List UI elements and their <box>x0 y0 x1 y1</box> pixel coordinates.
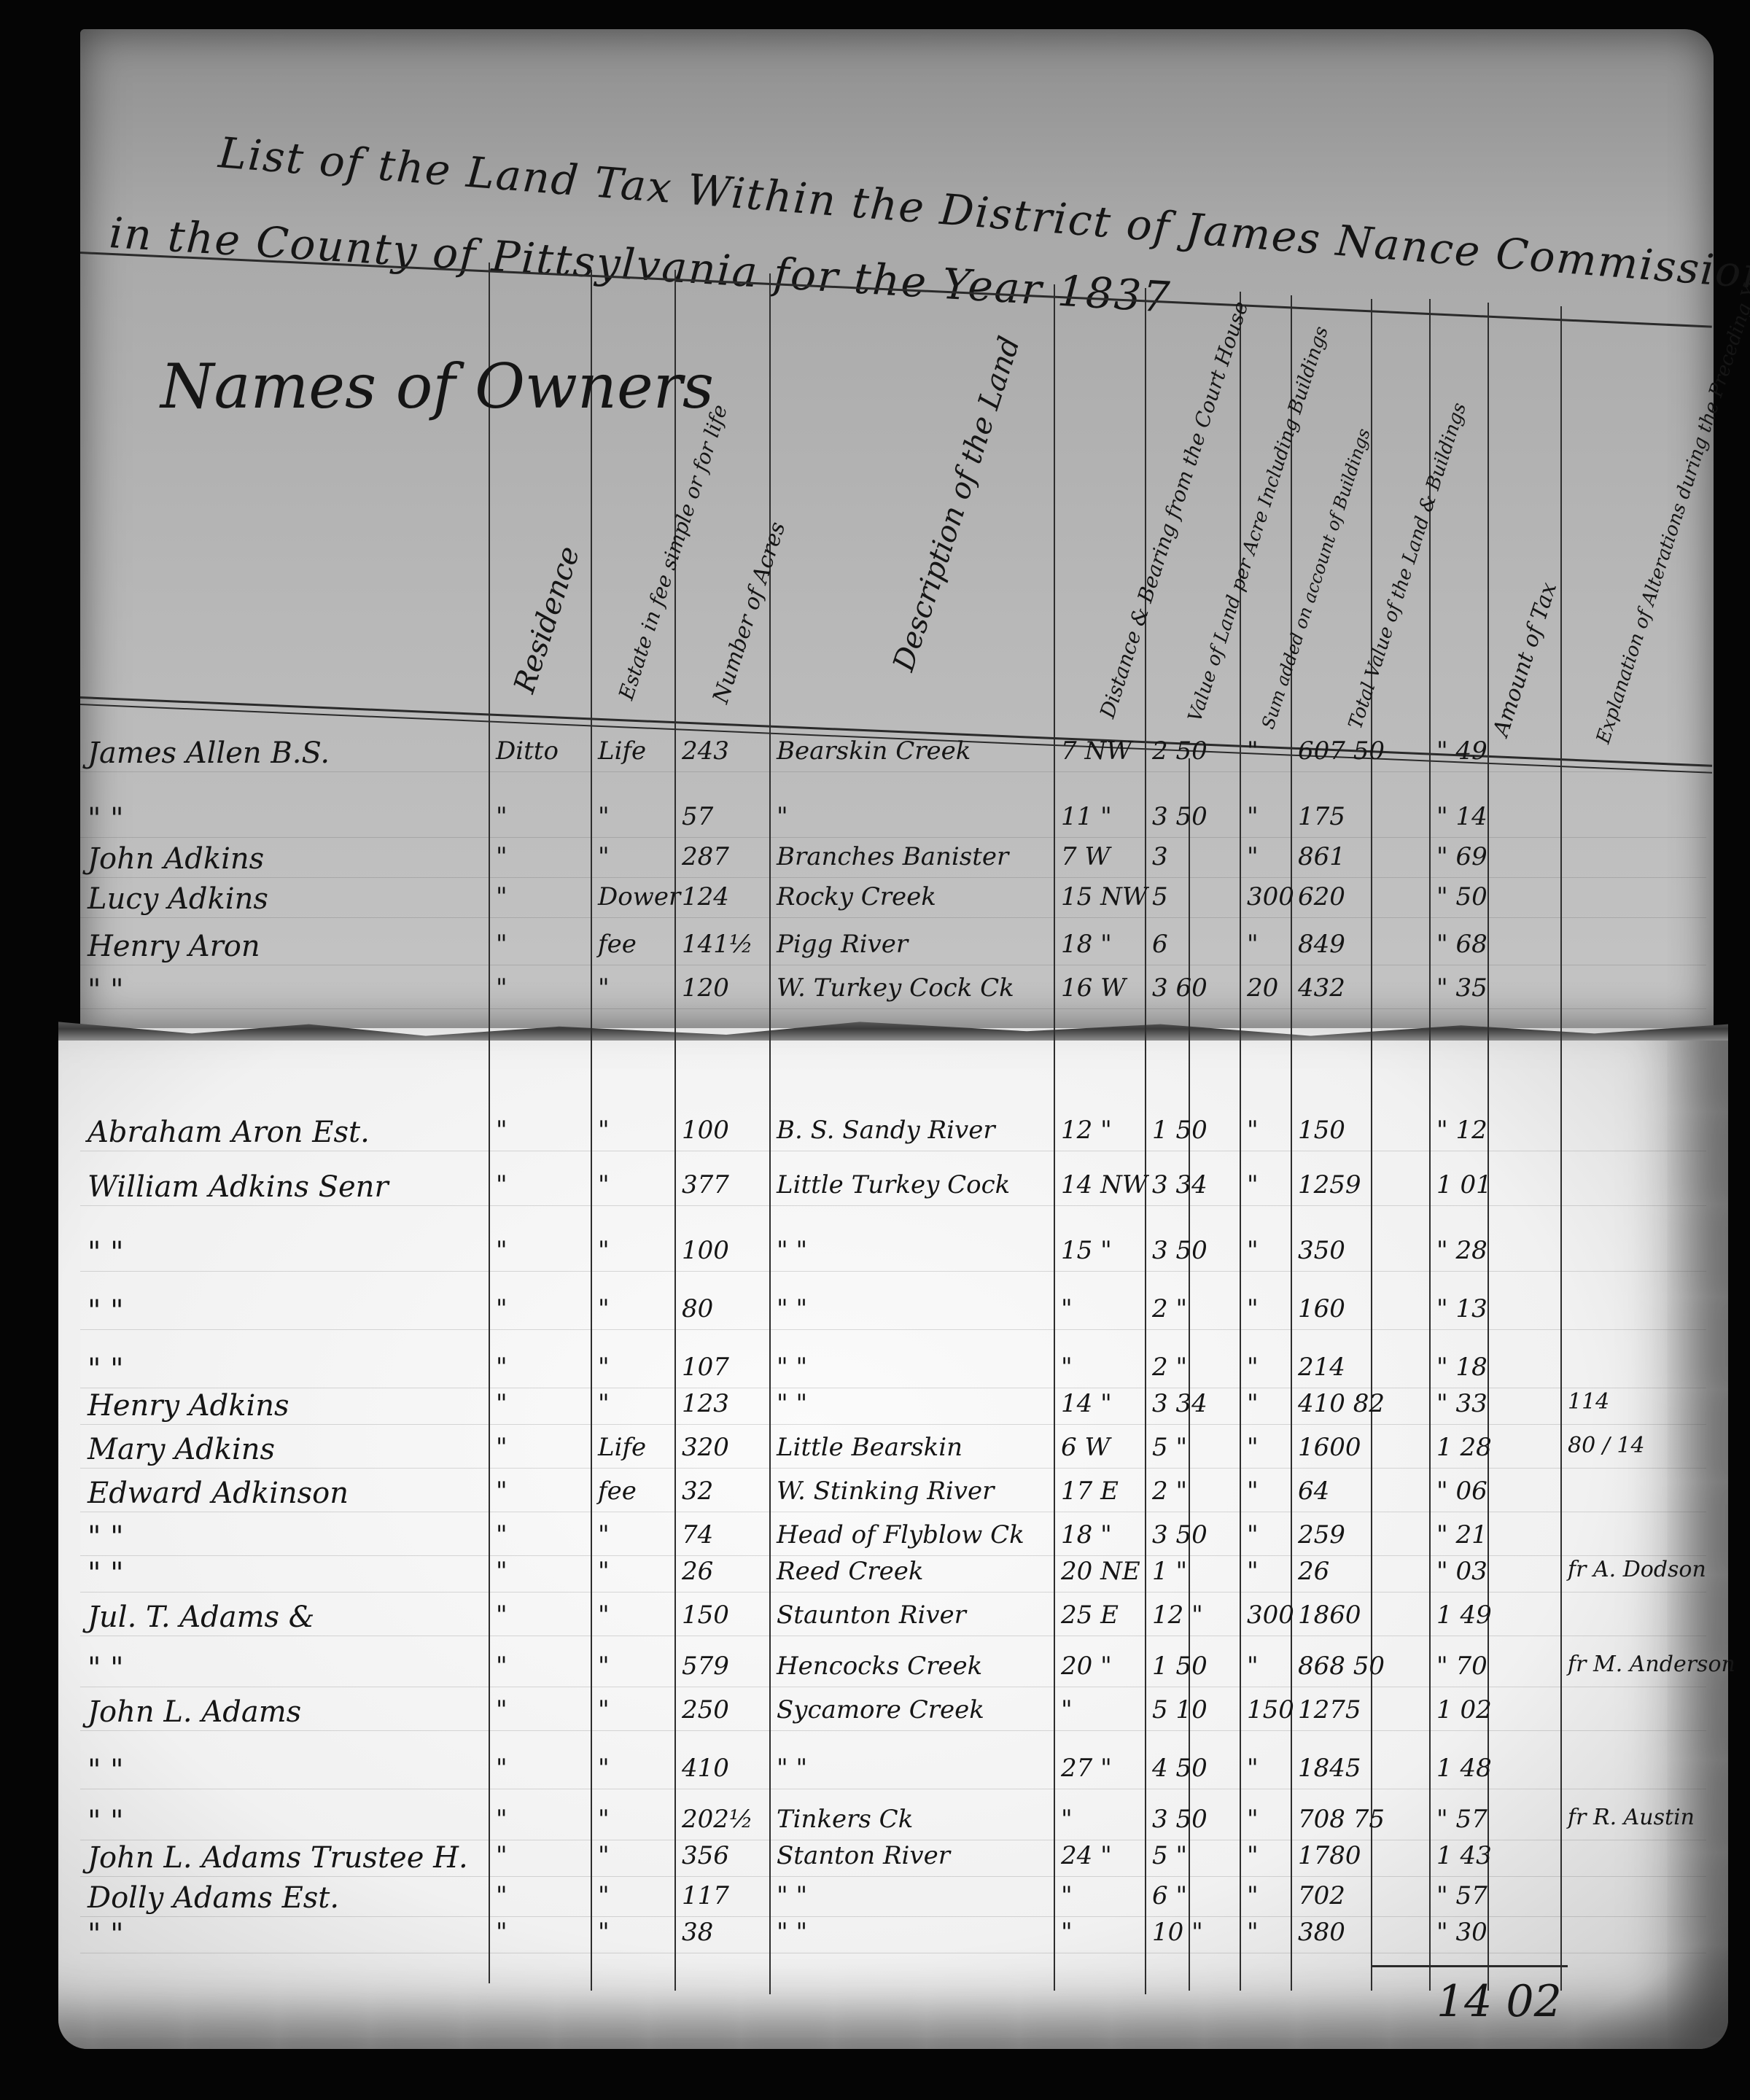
cell-estate: Dower <box>598 882 680 911</box>
cell-tax: 1 28 <box>1436 1433 1492 1462</box>
cell-name: Dolly Adams Est. <box>87 1881 339 1915</box>
cell-acres: 100 <box>682 1116 729 1145</box>
cell-total-value: 702 <box>1298 1881 1345 1910</box>
cell-tax: " 13 <box>1436 1294 1487 1323</box>
row-rule <box>80 1592 1706 1592</box>
cell-tax: " 70 <box>1436 1652 1487 1681</box>
cell-total-value: 64 <box>1298 1477 1329 1506</box>
cell-tax: " 57 <box>1436 1805 1487 1834</box>
cell-name: " " <box>87 1520 124 1554</box>
cell-total-value: 1780 <box>1298 1841 1361 1870</box>
cell-acres: 74 <box>682 1520 713 1549</box>
cell-residence: " <box>496 1881 507 1910</box>
row-rule <box>80 1789 1706 1789</box>
cell-residence: " <box>496 1601 507 1630</box>
cell-tax: 1 48 <box>1436 1754 1492 1783</box>
cell-acres: 202½ <box>682 1805 753 1834</box>
cell-acres: 38 <box>682 1918 713 1947</box>
cell-name: William Adkins Senr <box>87 1170 389 1204</box>
cell-residence: " <box>496 973 507 1003</box>
cell-acres: 243 <box>682 736 729 766</box>
cell-acres: 141½ <box>682 930 753 959</box>
cell-acres: 150 <box>682 1601 729 1630</box>
cell-residence: " <box>496 1918 507 1947</box>
cell-acres: 250 <box>682 1695 729 1724</box>
cell-value-per-acre: 12 " <box>1152 1601 1203 1630</box>
cell-estate: " <box>598 1353 610 1382</box>
cell-description: Sycamore Creek <box>777 1695 984 1724</box>
cell-tax: " 35 <box>1436 973 1487 1003</box>
cell-acres: 32 <box>682 1477 713 1506</box>
cell-buildings: " <box>1247 1520 1259 1549</box>
cell-explanation: 114 <box>1568 1389 1609 1415</box>
cell-total-value: 160 <box>1298 1294 1345 1323</box>
cell-description: Rocky Creek <box>777 882 936 911</box>
cell-buildings: " <box>1247 1116 1259 1145</box>
cell-name: John Adkins <box>87 842 264 876</box>
cell-name: " " <box>87 1754 124 1787</box>
cell-value-per-acre: 1 50 <box>1152 1652 1207 1681</box>
column-divider <box>1560 306 1562 1991</box>
cell-total-value: 1259 <box>1298 1170 1361 1199</box>
cell-acres: 100 <box>682 1236 729 1265</box>
cell-acres: 117 <box>682 1881 729 1910</box>
cell-distance: " <box>1061 1918 1073 1947</box>
cell-description: W. Turkey Cock Ck <box>777 973 1014 1003</box>
cell-name: " " <box>87 1557 124 1590</box>
cell-buildings: " <box>1247 1477 1259 1506</box>
cell-tax: " 50 <box>1436 882 1487 911</box>
cell-tax: " 30 <box>1436 1918 1487 1947</box>
cell-estate: fee <box>598 930 637 959</box>
cell-distance: " <box>1061 1294 1073 1323</box>
cell-acres: 120 <box>682 973 729 1003</box>
cell-buildings: 300 <box>1247 1601 1294 1630</box>
cell-value-per-acre: 4 50 <box>1152 1754 1207 1783</box>
cell-distance: 7 W <box>1061 842 1110 871</box>
cell-name: " " <box>87 1918 124 1951</box>
row-rule <box>80 1468 1706 1469</box>
cell-total-value: 607 50 <box>1298 736 1385 766</box>
page-total: 14 02 <box>1436 1976 1562 2027</box>
cell-total-value: 620 <box>1298 882 1345 911</box>
cell-description: Bearskin Creek <box>777 736 971 766</box>
cell-estate: " <box>598 1557 610 1586</box>
cell-estate: Life <box>598 736 646 766</box>
cell-residence: " <box>496 1520 507 1549</box>
cell-residence: " <box>496 1353 507 1382</box>
cell-total-value: 259 <box>1298 1520 1345 1549</box>
cell-value-per-acre: 5 10 <box>1152 1695 1207 1724</box>
cell-residence: " <box>496 1236 507 1265</box>
cell-estate: " <box>598 1116 610 1145</box>
cell-name: " " <box>87 1294 124 1328</box>
cell-name: " " <box>87 802 124 836</box>
row-rule <box>80 1271 1706 1272</box>
cell-tax: 1 01 <box>1436 1170 1492 1199</box>
cell-value-per-acre: 3 60 <box>1152 973 1207 1003</box>
cell-buildings: " <box>1247 1389 1259 1418</box>
cell-distance: 20 " <box>1061 1652 1112 1681</box>
cell-total-value: 350 <box>1298 1236 1345 1265</box>
cell-residence: " <box>496 842 507 871</box>
cell-buildings: " <box>1247 1557 1259 1586</box>
cell-buildings: " <box>1247 1754 1259 1783</box>
row-rule <box>80 1151 1706 1151</box>
cell-value-per-acre: 2 " <box>1152 1294 1187 1323</box>
cell-acres: 26 <box>682 1557 713 1586</box>
cell-distance: 16 W <box>1061 973 1126 1003</box>
cell-distance: 15 NW <box>1061 882 1148 911</box>
cell-acres: 80 <box>682 1294 713 1323</box>
cell-name: Abraham Aron Est. <box>87 1116 370 1149</box>
cell-distance: 11 " <box>1061 802 1112 831</box>
cell-name: " " <box>87 1805 124 1838</box>
cell-buildings: " <box>1247 736 1259 766</box>
cell-value-per-acre: 6 " <box>1152 1881 1187 1910</box>
cell-name: " " <box>87 973 124 1007</box>
cell-value-per-acre: 1 50 <box>1152 1116 1207 1145</box>
cell-description: Branches Banister <box>777 842 1008 871</box>
cell-buildings: 20 <box>1247 973 1278 1003</box>
cell-distance: 14 NW <box>1061 1170 1148 1199</box>
row-rule <box>80 1512 1706 1512</box>
cell-buildings: " <box>1247 1170 1259 1199</box>
cell-tax: " 57 <box>1436 1881 1487 1910</box>
cell-estate: " <box>598 1520 610 1549</box>
cell-buildings: " <box>1247 1841 1259 1870</box>
cell-value-per-acre: 5 " <box>1152 1841 1187 1870</box>
row-rule <box>80 917 1706 918</box>
cell-name: Lucy Adkins <box>87 882 268 916</box>
cell-name: " " <box>87 1236 124 1269</box>
cell-name: Jul. T. Adams & <box>87 1601 314 1634</box>
cell-buildings: " <box>1247 1294 1259 1323</box>
cell-name: Henry Aron <box>87 930 260 963</box>
cell-description: Tinkers Ck <box>777 1805 913 1834</box>
cell-buildings: " <box>1247 1433 1259 1462</box>
cell-residence: " <box>496 1805 507 1834</box>
cell-distance: " <box>1061 1695 1073 1724</box>
cell-acres: 579 <box>682 1652 729 1681</box>
cell-acres: 57 <box>682 802 713 831</box>
cell-tax: " 28 <box>1436 1236 1487 1265</box>
cell-description: " " <box>777 1389 807 1418</box>
row-rule <box>80 1840 1706 1840</box>
cell-residence: " <box>496 882 507 911</box>
row-rule <box>80 1916 1706 1917</box>
row-rule <box>80 1424 1706 1425</box>
cell-tax: " 14 <box>1436 802 1487 831</box>
cell-buildings: " <box>1247 930 1259 959</box>
cell-distance: 18 " <box>1061 930 1112 959</box>
cell-name: " " <box>87 1353 124 1386</box>
cell-description: Little Turkey Cock <box>777 1170 1010 1199</box>
cell-description: Little Bearskin <box>777 1433 962 1462</box>
row-rule <box>80 1636 1706 1636</box>
cell-residence: " <box>496 1841 507 1870</box>
cell-acres: 356 <box>682 1841 729 1870</box>
cell-total-value: 175 <box>1298 802 1345 831</box>
cell-total-value: 849 <box>1298 930 1345 959</box>
cell-explanation: fr A. Dodson <box>1568 1557 1706 1582</box>
cell-distance: 17 E <box>1061 1477 1119 1506</box>
cell-residence: " <box>496 1116 507 1145</box>
cell-buildings: " <box>1247 1881 1259 1910</box>
cell-total-value: 1600 <box>1298 1433 1361 1462</box>
cell-buildings: " <box>1247 802 1259 831</box>
cell-description: Pigg River <box>777 930 908 959</box>
column-divider <box>1487 303 1489 1991</box>
cell-tax: " 68 <box>1436 930 1487 959</box>
cell-estate: " <box>598 1754 610 1783</box>
cell-tax: 1 02 <box>1436 1695 1492 1724</box>
cell-explanation: fr M. Anderson <box>1568 1652 1735 1677</box>
cell-name: James Allen B.S. <box>87 736 330 770</box>
row-rule <box>80 1555 1706 1556</box>
row-rule <box>80 965 1706 965</box>
cell-description: W. Stinking River <box>777 1477 994 1506</box>
cell-estate: " <box>598 1918 610 1947</box>
cell-estate: fee <box>598 1477 637 1506</box>
cell-value-per-acre: 5 <box>1152 882 1168 911</box>
cell-value-per-acre: 3 <box>1152 842 1168 871</box>
cell-buildings: 300 <box>1247 882 1294 911</box>
cell-acres: 123 <box>682 1389 729 1418</box>
cell-residence: " <box>496 1754 507 1783</box>
cell-value-per-acre: 2 50 <box>1152 736 1207 766</box>
cell-description: Staunton River <box>777 1601 966 1630</box>
cell-name: Henry Adkins <box>87 1389 289 1423</box>
cell-total-value: 1845 <box>1298 1754 1361 1783</box>
cell-estate: " <box>598 1841 610 1870</box>
cell-acres: 287 <box>682 842 729 871</box>
column-divider <box>1291 295 1292 1991</box>
cell-buildings: " <box>1247 842 1259 871</box>
cell-residence: " <box>496 930 507 959</box>
cell-distance: 15 " <box>1061 1236 1112 1265</box>
cell-total-value: 861 <box>1298 842 1345 871</box>
cell-tax: " 06 <box>1436 1477 1487 1506</box>
cell-tax: " 69 <box>1436 842 1487 871</box>
cell-acres: 410 <box>682 1754 729 1783</box>
row-rule <box>80 1388 1706 1388</box>
cell-distance: 27 " <box>1061 1754 1112 1783</box>
cell-estate: Life <box>598 1433 646 1462</box>
row-rule <box>80 837 1706 838</box>
row-rule <box>80 1205 1706 1206</box>
column-divider <box>1054 284 1055 1991</box>
cell-tax: " 18 <box>1436 1353 1487 1382</box>
cell-value-per-acre: 6 <box>1152 930 1168 959</box>
cell-distance: 24 " <box>1061 1841 1112 1870</box>
cell-tax: 1 49 <box>1436 1601 1492 1630</box>
cell-tax: " 33 <box>1436 1389 1487 1418</box>
cell-tax: " 49 <box>1436 736 1487 766</box>
cell-description: Stanton River <box>777 1841 950 1870</box>
cell-buildings: " <box>1247 1918 1259 1947</box>
cell-estate: " <box>598 1805 610 1834</box>
cell-description: Reed Creek <box>777 1557 924 1586</box>
cell-distance: 12 " <box>1061 1116 1112 1145</box>
cell-tax: " 21 <box>1436 1520 1487 1549</box>
column-divider <box>1371 299 1372 1991</box>
cell-estate: " <box>598 1170 610 1199</box>
cell-description: " " <box>777 1294 807 1323</box>
cell-value-per-acre: 10 " <box>1152 1918 1203 1947</box>
cell-residence: " <box>496 802 507 831</box>
cell-distance: " <box>1061 1805 1073 1834</box>
cell-description: B. S. Sandy River <box>777 1116 995 1145</box>
cell-value-per-acre: 2 " <box>1152 1353 1187 1382</box>
cell-total-value: 1860 <box>1298 1601 1361 1630</box>
cell-total-value: 26 <box>1298 1557 1329 1586</box>
row-rule <box>80 1876 1706 1877</box>
total-rule <box>1371 1965 1568 1967</box>
cell-distance: 18 " <box>1061 1520 1112 1549</box>
cell-tax: 1 43 <box>1436 1841 1492 1870</box>
row-rule <box>80 771 1706 772</box>
cell-total-value: 868 50 <box>1298 1652 1385 1681</box>
cell-estate: " <box>598 1601 610 1630</box>
row-rule <box>80 1687 1706 1687</box>
cell-acres: 377 <box>682 1170 729 1199</box>
cell-value-per-acre: 2 " <box>1152 1477 1187 1506</box>
cell-estate: " <box>598 1695 610 1724</box>
row-rule <box>80 1730 1706 1731</box>
cell-residence: " <box>496 1557 507 1586</box>
cell-distance: 25 E <box>1061 1601 1119 1630</box>
cell-description: " <box>777 802 788 831</box>
cell-distance: 20 NE <box>1061 1557 1140 1586</box>
cell-residence: " <box>496 1433 507 1462</box>
cell-explanation: fr R. Austin <box>1568 1805 1695 1830</box>
cell-total-value: 214 <box>1298 1353 1345 1382</box>
cell-estate: " <box>598 802 610 831</box>
cell-value-per-acre: 3 50 <box>1152 802 1207 831</box>
cell-name: Mary Adkins <box>87 1433 275 1466</box>
cell-name: Edward Adkinson <box>87 1477 349 1510</box>
cell-residence: " <box>496 1695 507 1724</box>
cell-distance: " <box>1061 1881 1073 1910</box>
cell-distance: " <box>1061 1353 1073 1382</box>
cell-buildings: " <box>1247 1353 1259 1382</box>
cell-value-per-acre: 3 50 <box>1152 1520 1207 1549</box>
cell-value-per-acre: 3 34 <box>1152 1389 1207 1418</box>
cell-total-value: 410 82 <box>1298 1389 1385 1418</box>
cell-acres: 124 <box>682 882 729 911</box>
cell-value-per-acre: 1 " <box>1152 1557 1187 1586</box>
cell-total-value: 432 <box>1298 973 1345 1003</box>
cell-total-value: 1275 <box>1298 1695 1361 1724</box>
cell-estate: " <box>598 973 610 1003</box>
cell-total-value: 708 75 <box>1298 1805 1385 1834</box>
cell-value-per-acre: 3 50 <box>1152 1236 1207 1265</box>
cell-estate: " <box>598 842 610 871</box>
cell-distance: 14 " <box>1061 1389 1112 1418</box>
cell-buildings: 150 <box>1247 1695 1294 1724</box>
cell-name: John L. Adams <box>87 1695 301 1729</box>
header-names-of-owners: Names of Owners <box>160 350 714 423</box>
cell-tax: " 12 <box>1436 1116 1487 1145</box>
cell-value-per-acre: 3 34 <box>1152 1170 1207 1199</box>
cell-estate: " <box>598 1389 610 1418</box>
cell-buildings: " <box>1247 1805 1259 1834</box>
cell-description: " " <box>777 1353 807 1382</box>
row-rule <box>80 1953 1706 1953</box>
cell-buildings: " <box>1247 1652 1259 1681</box>
column-divider <box>489 262 490 1983</box>
cell-residence: Ditto <box>496 736 559 766</box>
cell-total-value: 380 <box>1298 1918 1345 1947</box>
cell-estate: " <box>598 1294 610 1323</box>
cell-residence: " <box>496 1652 507 1681</box>
cell-estate: " <box>598 1652 610 1681</box>
cell-distance: 6 W <box>1061 1433 1110 1462</box>
cell-description: " " <box>777 1236 807 1265</box>
cell-total-value: 150 <box>1298 1116 1345 1145</box>
cell-name: John L. Adams Trustee H. <box>87 1841 468 1875</box>
row-rule <box>80 877 1706 878</box>
cell-distance: 7 NW <box>1061 736 1132 766</box>
cell-buildings: " <box>1247 1236 1259 1265</box>
cell-residence: " <box>496 1477 507 1506</box>
cell-description: Hencocks Creek <box>777 1652 982 1681</box>
cell-description: " " <box>777 1754 807 1783</box>
cell-estate: " <box>598 1236 610 1265</box>
cell-description: " " <box>777 1881 807 1910</box>
cell-residence: " <box>496 1170 507 1199</box>
cell-name: " " <box>87 1652 124 1685</box>
cell-description: " " <box>777 1918 807 1947</box>
cell-estate: " <box>598 1881 610 1910</box>
cell-explanation: 80 / 14 <box>1568 1433 1645 1458</box>
cell-residence: " <box>496 1389 507 1418</box>
row-rule <box>80 1008 1706 1009</box>
row-rule <box>80 1329 1706 1330</box>
cell-acres: 107 <box>682 1353 729 1382</box>
cell-value-per-acre: 3 50 <box>1152 1805 1207 1834</box>
cell-acres: 320 <box>682 1433 729 1462</box>
column-divider <box>591 270 592 1991</box>
cell-tax: " 03 <box>1436 1557 1487 1586</box>
cell-value-per-acre: 5 " <box>1152 1433 1187 1462</box>
cell-description: Head of Flyblow Ck <box>777 1520 1024 1549</box>
cell-residence: " <box>496 1294 507 1323</box>
